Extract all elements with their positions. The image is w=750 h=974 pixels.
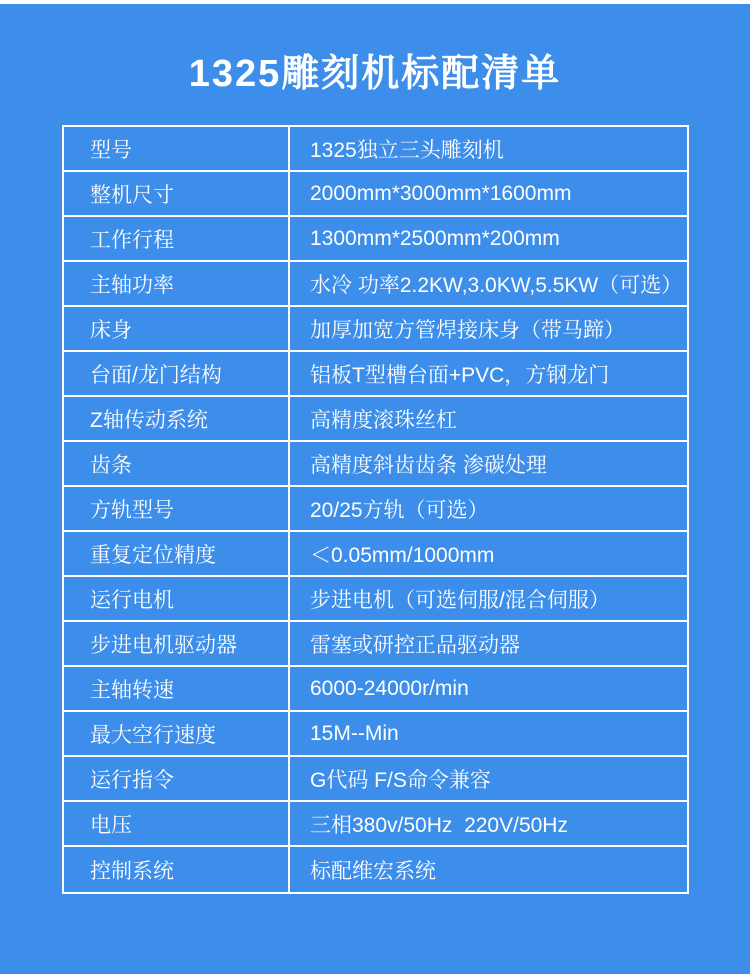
spec-value: 标配维宏系统 — [290, 847, 687, 892]
spec-label: Z轴传动系统 — [64, 397, 290, 440]
spec-label: 工作行程 — [64, 217, 290, 260]
spec-value: 2000mm*3000mm*1600mm — [290, 172, 687, 215]
spec-label: 主轴功率 — [64, 262, 290, 305]
page-title: 1325雕刻机标配清单 — [0, 42, 750, 97]
table-row: Z轴传动系统 高精度滚珠丝杠 — [64, 397, 687, 442]
spec-value: G代码 F/S命令兼容 — [290, 757, 687, 800]
spec-value: 雷塞或研控正品驱动器 — [290, 622, 687, 665]
spec-value: 高精度滚珠丝杠 — [290, 397, 687, 440]
table-row: 主轴功率 水冷 功率2.2KW,3.0KW,5.5KW（可选） — [64, 262, 687, 307]
spec-label: 电压 — [64, 802, 290, 845]
spec-value: 三相380v/50Hz 220V/50Hz — [290, 802, 687, 845]
spec-label: 运行电机 — [64, 577, 290, 620]
spec-value: 20/25方轨（可选） — [290, 487, 687, 530]
table-row: 主轴转速 6000-24000r/min — [64, 667, 687, 712]
spec-label: 台面/龙门结构 — [64, 352, 290, 395]
spec-value: 水冷 功率2.2KW,3.0KW,5.5KW（可选） — [290, 262, 687, 305]
spec-value: 1300mm*2500mm*200mm — [290, 217, 687, 260]
table-row: 运行指令 G代码 F/S命令兼容 — [64, 757, 687, 802]
table-row: 步进电机驱动器 雷塞或研控正品驱动器 — [64, 622, 687, 667]
spec-value: 高精度斜齿齿条 渗碳处理 — [290, 442, 687, 485]
table-row: 整机尺寸 2000mm*3000mm*1600mm — [64, 172, 687, 217]
table-row: 重复定位精度 ＜0.05mm/1000mm — [64, 532, 687, 577]
table-row: 控制系统 标配维宏系统 — [64, 847, 687, 892]
spec-value: 15M--Min — [290, 712, 687, 755]
spec-label: 最大空行速度 — [64, 712, 290, 755]
spec-label: 控制系统 — [64, 847, 290, 892]
spec-value: ＜0.05mm/1000mm — [290, 532, 687, 575]
table-row: 最大空行速度 15M--Min — [64, 712, 687, 757]
table-row: 床身 加厚加宽方管焊接床身（带马蹄） — [64, 307, 687, 352]
spec-value: 铝板T型槽台面+PVC，方钢龙门 — [290, 352, 687, 395]
table-row: 电压 三相380v/50Hz 220V/50Hz — [64, 802, 687, 847]
table-row: 运行电机 步进电机（可选伺服/混合伺服） — [64, 577, 687, 622]
spec-value: 6000-24000r/min — [290, 667, 687, 710]
table-row: 台面/龙门结构 铝板T型槽台面+PVC，方钢龙门 — [64, 352, 687, 397]
spec-value: 加厚加宽方管焊接床身（带马蹄） — [290, 307, 687, 350]
spec-label: 型号 — [64, 127, 290, 170]
spec-label: 主轴转速 — [64, 667, 290, 710]
spec-label: 床身 — [64, 307, 290, 350]
spec-label: 齿条 — [64, 442, 290, 485]
spec-value: 步进电机（可选伺服/混合伺服） — [290, 577, 687, 620]
blue-background-panel: 1325雕刻机标配清单 型号 1325独立三头雕刻机 整机尺寸 2000mm*3… — [0, 4, 750, 974]
spec-label: 重复定位精度 — [64, 532, 290, 575]
spec-label: 运行指令 — [64, 757, 290, 800]
spec-value: 1325独立三头雕刻机 — [290, 127, 687, 170]
table-row: 型号 1325独立三头雕刻机 — [64, 127, 687, 172]
spec-label: 整机尺寸 — [64, 172, 290, 215]
table-row: 齿条 高精度斜齿齿条 渗碳处理 — [64, 442, 687, 487]
table-row: 工作行程 1300mm*2500mm*200mm — [64, 217, 687, 262]
table-row: 方轨型号 20/25方轨（可选） — [64, 487, 687, 532]
spec-label: 步进电机驱动器 — [64, 622, 290, 665]
spec-table: 型号 1325独立三头雕刻机 整机尺寸 2000mm*3000mm*1600mm… — [62, 125, 689, 894]
spec-label: 方轨型号 — [64, 487, 290, 530]
